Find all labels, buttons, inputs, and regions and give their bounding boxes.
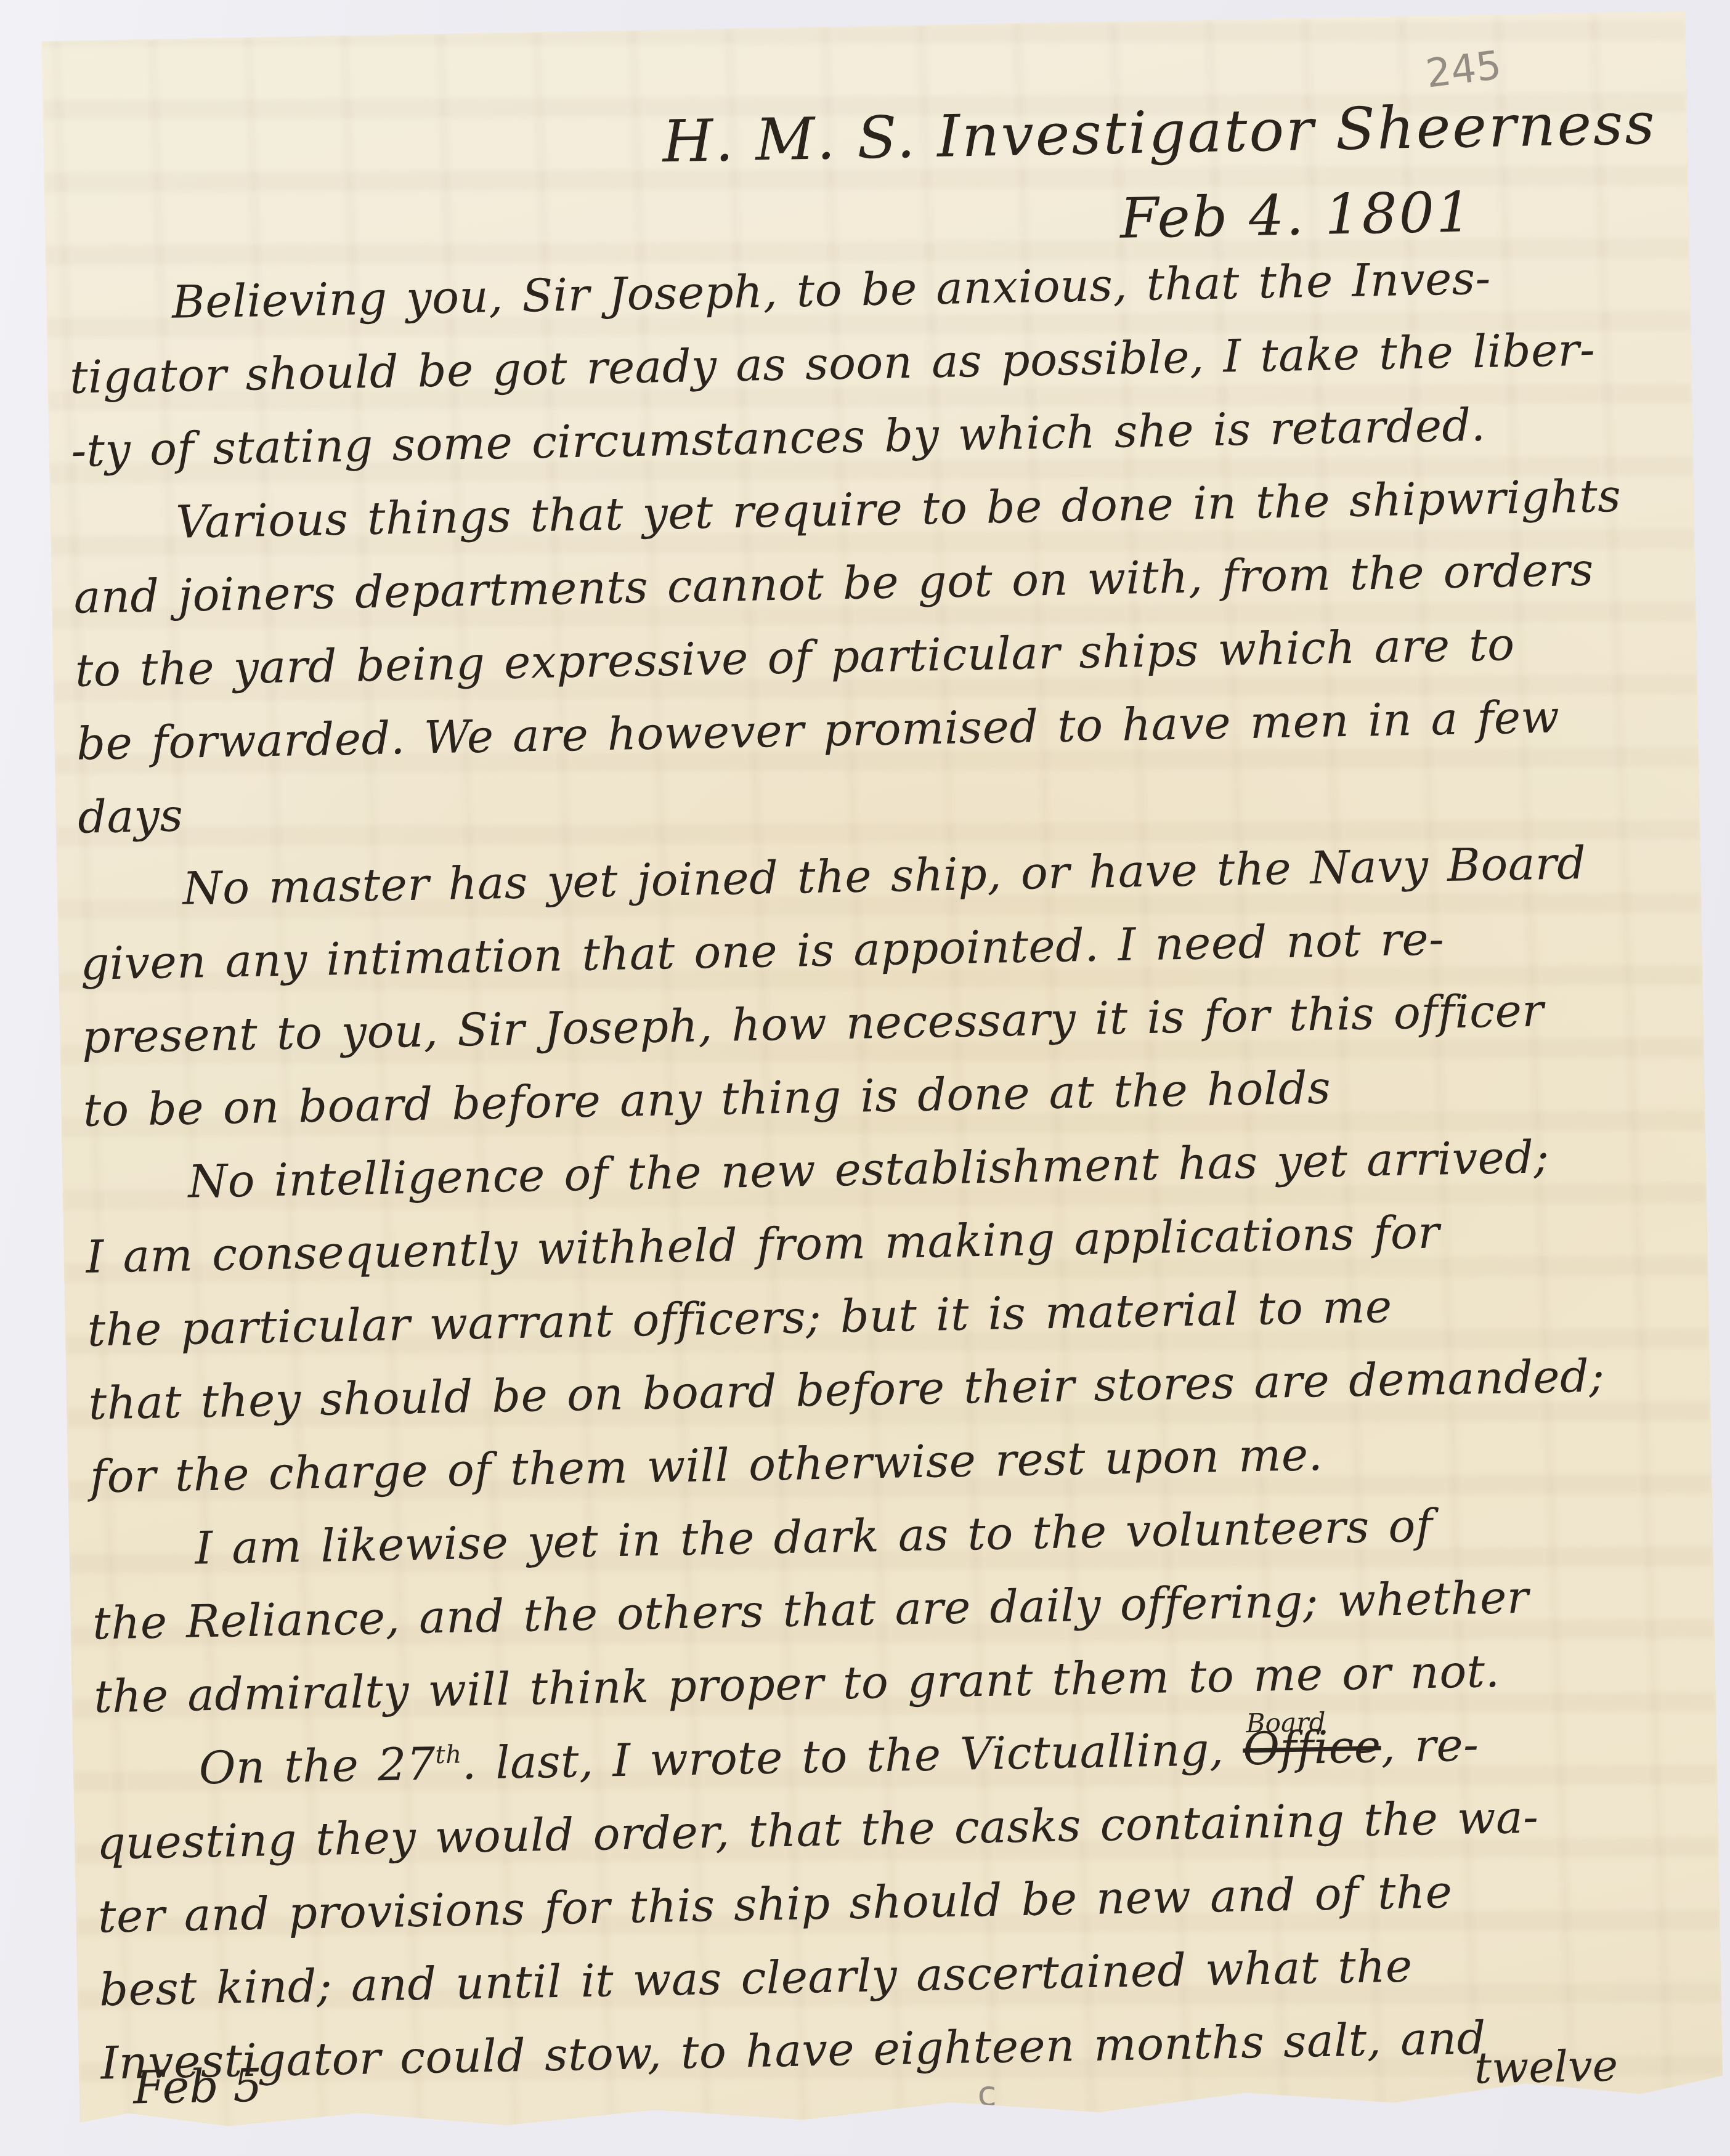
correction-pre-text: On the 27 bbox=[198, 1738, 436, 1794]
catchword: twelve bbox=[1474, 2040, 1618, 2093]
letter-heading-date: Feb 4. 1801 bbox=[1119, 180, 1474, 251]
letter-page: 245 H. M. S. Investigator Sheerness Feb … bbox=[41, 11, 1723, 2135]
pencil-folio-number: 245 bbox=[1423, 43, 1503, 97]
ordinal-suffix: th bbox=[435, 1741, 462, 1770]
correction-wrap: OfficeBoard bbox=[1243, 1724, 1382, 1772]
inserted-word: Board bbox=[1246, 1709, 1326, 1737]
scanned-letter-stage: 245 H. M. S. Investigator Sheerness Feb … bbox=[0, 0, 1730, 2156]
correction-post-text: , re- bbox=[1381, 1719, 1479, 1773]
pencil-mark: c bbox=[977, 2074, 997, 2115]
letter-heading-place: H. M. S. Investigator Sheerness bbox=[662, 91, 1657, 176]
docket-date: Feb 5 bbox=[132, 2059, 262, 2115]
letter-body: Believing you, Sir Joseph, to be anxious… bbox=[68, 253, 1694, 2115]
